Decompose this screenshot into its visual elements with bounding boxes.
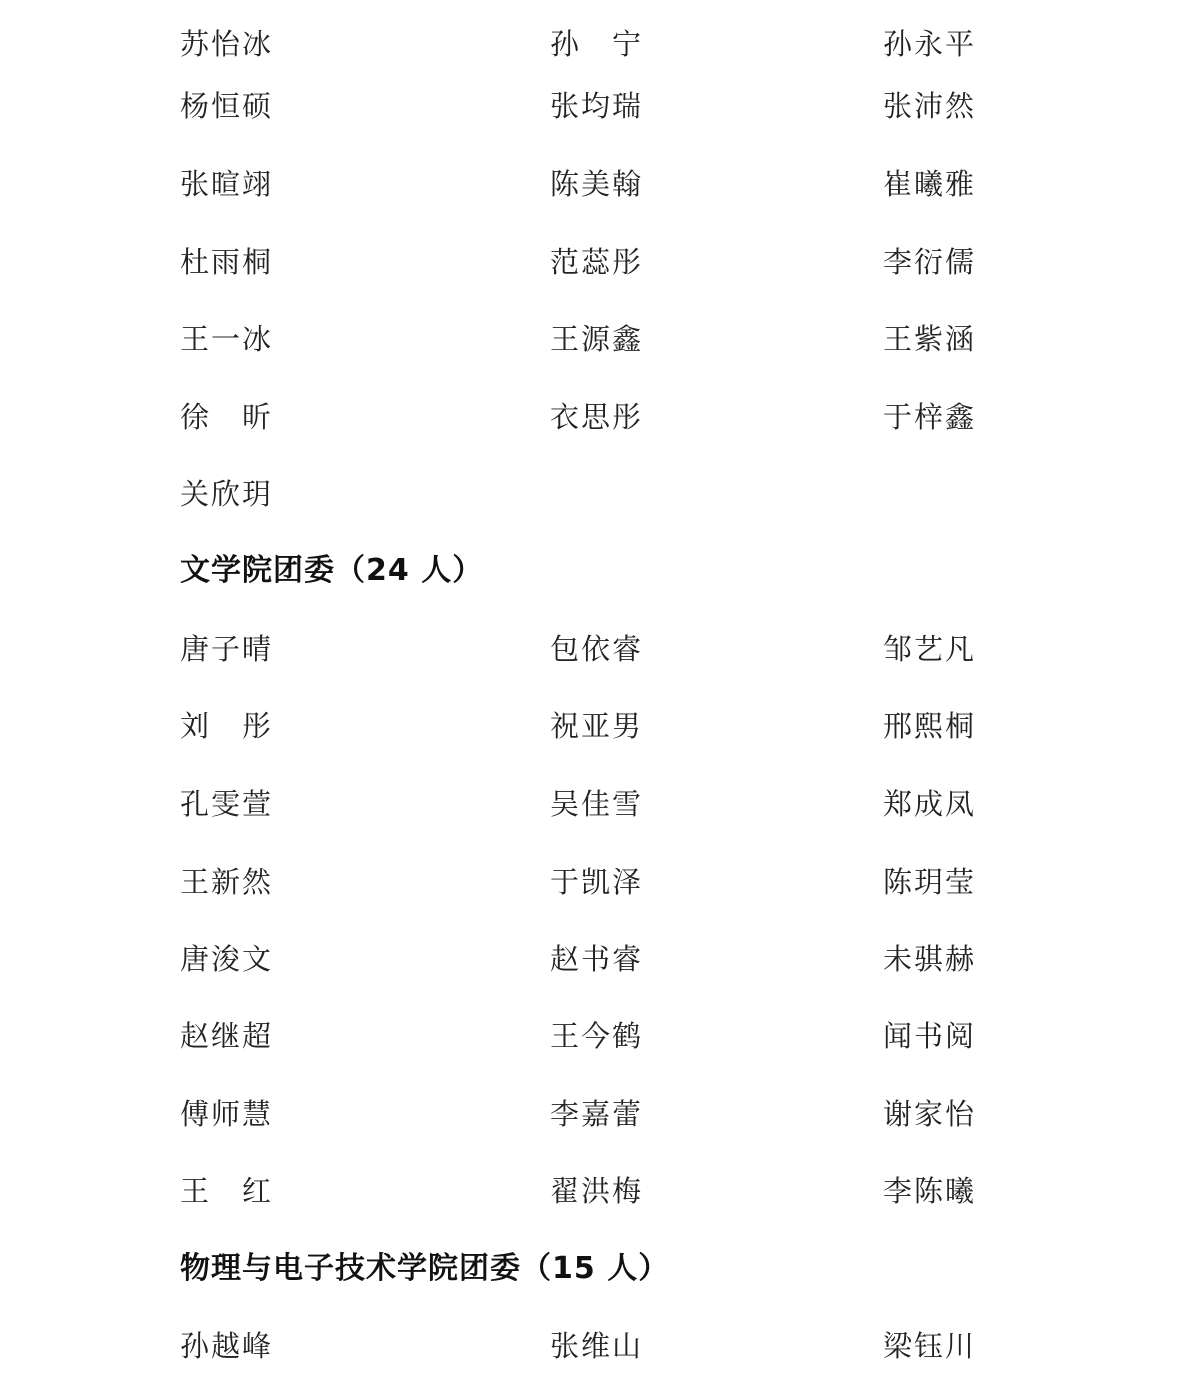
name-row: 杨恒硕 张均瑞 张沛然 <box>0 86 1179 126</box>
name-cell: 吴佳雪 <box>550 784 643 824</box>
name-cell: 翟洪梅 <box>550 1171 643 1211</box>
name-cell: 王今鹤 <box>550 1016 643 1056</box>
name-row: 苏怡冰 孙 宁 孙永平 <box>0 24 1179 64</box>
section-heading: 文学院团委（24 人） <box>180 551 483 591</box>
name-cell: 梁钰川 <box>883 1326 976 1366</box>
name-cell: 陈美翰 <box>550 164 643 204</box>
name-cell: 张沛然 <box>883 86 976 126</box>
name-cell: 祝亚男 <box>550 706 643 746</box>
document-page: 苏怡冰 孙 宁 孙永平 杨恒硕 张均瑞 张沛然 张暄翊 陈美翰 崔曦雅 杜雨桐 … <box>0 0 1179 1373</box>
name-cell: 杜雨桐 <box>180 242 273 282</box>
name-cell: 崔曦雅 <box>883 164 976 204</box>
name-cell: 徐 昕 <box>180 397 273 437</box>
section-heading: 物理与电子技术学院团委（15 人） <box>180 1249 669 1289</box>
name-cell: 张均瑞 <box>550 86 643 126</box>
name-row: 杜雨桐 范蕊彤 李衍儒 <box>0 242 1179 282</box>
name-row: 王 红 翟洪梅 李陈曦 <box>0 1171 1179 1211</box>
name-cell: 张暄翊 <box>180 164 273 204</box>
name-cell: 范蕊彤 <box>550 242 643 282</box>
name-cell: 唐浚文 <box>180 939 273 979</box>
name-cell: 包依睿 <box>550 629 643 669</box>
name-cell: 郑成凤 <box>883 784 976 824</box>
name-cell: 王源鑫 <box>550 319 643 359</box>
name-row: 傅师慧 李嘉蕾 谢家怡 <box>0 1094 1179 1134</box>
name-cell: 王新然 <box>180 862 273 902</box>
name-cell: 邹艺凡 <box>883 629 976 669</box>
name-cell: 李嘉蕾 <box>550 1094 643 1134</box>
name-cell: 陈玥莹 <box>883 862 976 902</box>
name-row: 孙越峰 张维山 梁钰川 <box>0 1326 1179 1366</box>
name-cell: 张维山 <box>550 1326 643 1366</box>
name-cell: 李陈曦 <box>883 1171 976 1211</box>
name-row: 刘 彤 祝亚男 邢熙桐 <box>0 706 1179 746</box>
name-cell: 关欣玥 <box>180 474 273 514</box>
name-cell: 唐子晴 <box>180 629 273 669</box>
name-cell: 孙永平 <box>883 24 976 64</box>
name-cell: 闻书阅 <box>883 1016 976 1056</box>
name-cell: 于梓鑫 <box>883 397 976 437</box>
name-cell: 于凯泽 <box>550 862 643 902</box>
name-row: 唐子晴 包依睿 邹艺凡 <box>0 629 1179 669</box>
name-row: 赵继超 王今鹤 闻书阅 <box>0 1016 1179 1056</box>
name-cell: 未骐赫 <box>883 939 976 979</box>
name-cell: 王 红 <box>180 1171 273 1211</box>
name-cell: 李衍儒 <box>883 242 976 282</box>
name-row: 关欣玥 <box>0 474 1179 514</box>
name-cell: 赵继超 <box>180 1016 273 1056</box>
name-cell: 衣思彤 <box>550 397 643 437</box>
name-cell: 杨恒硕 <box>180 86 273 126</box>
name-cell: 邢熙桐 <box>883 706 976 746</box>
name-row: 唐浚文 赵书睿 未骐赫 <box>0 939 1179 979</box>
name-row: 王一冰 王源鑫 王紫涵 <box>0 319 1179 359</box>
name-cell: 刘 彤 <box>180 706 273 746</box>
name-cell: 孙越峰 <box>180 1326 273 1366</box>
name-row: 孔雯萱 吴佳雪 郑成凤 <box>0 784 1179 824</box>
name-cell: 苏怡冰 <box>180 24 273 64</box>
name-cell: 孔雯萱 <box>180 784 273 824</box>
name-row: 徐 昕 衣思彤 于梓鑫 <box>0 397 1179 437</box>
name-cell: 谢家怡 <box>883 1094 976 1134</box>
name-cell: 王紫涵 <box>883 319 976 359</box>
name-cell: 傅师慧 <box>180 1094 273 1134</box>
name-cell: 孙 宁 <box>550 24 643 64</box>
name-row: 王新然 于凯泽 陈玥莹 <box>0 862 1179 902</box>
name-row: 张暄翊 陈美翰 崔曦雅 <box>0 164 1179 204</box>
name-cell: 王一冰 <box>180 319 273 359</box>
name-cell: 赵书睿 <box>550 939 643 979</box>
